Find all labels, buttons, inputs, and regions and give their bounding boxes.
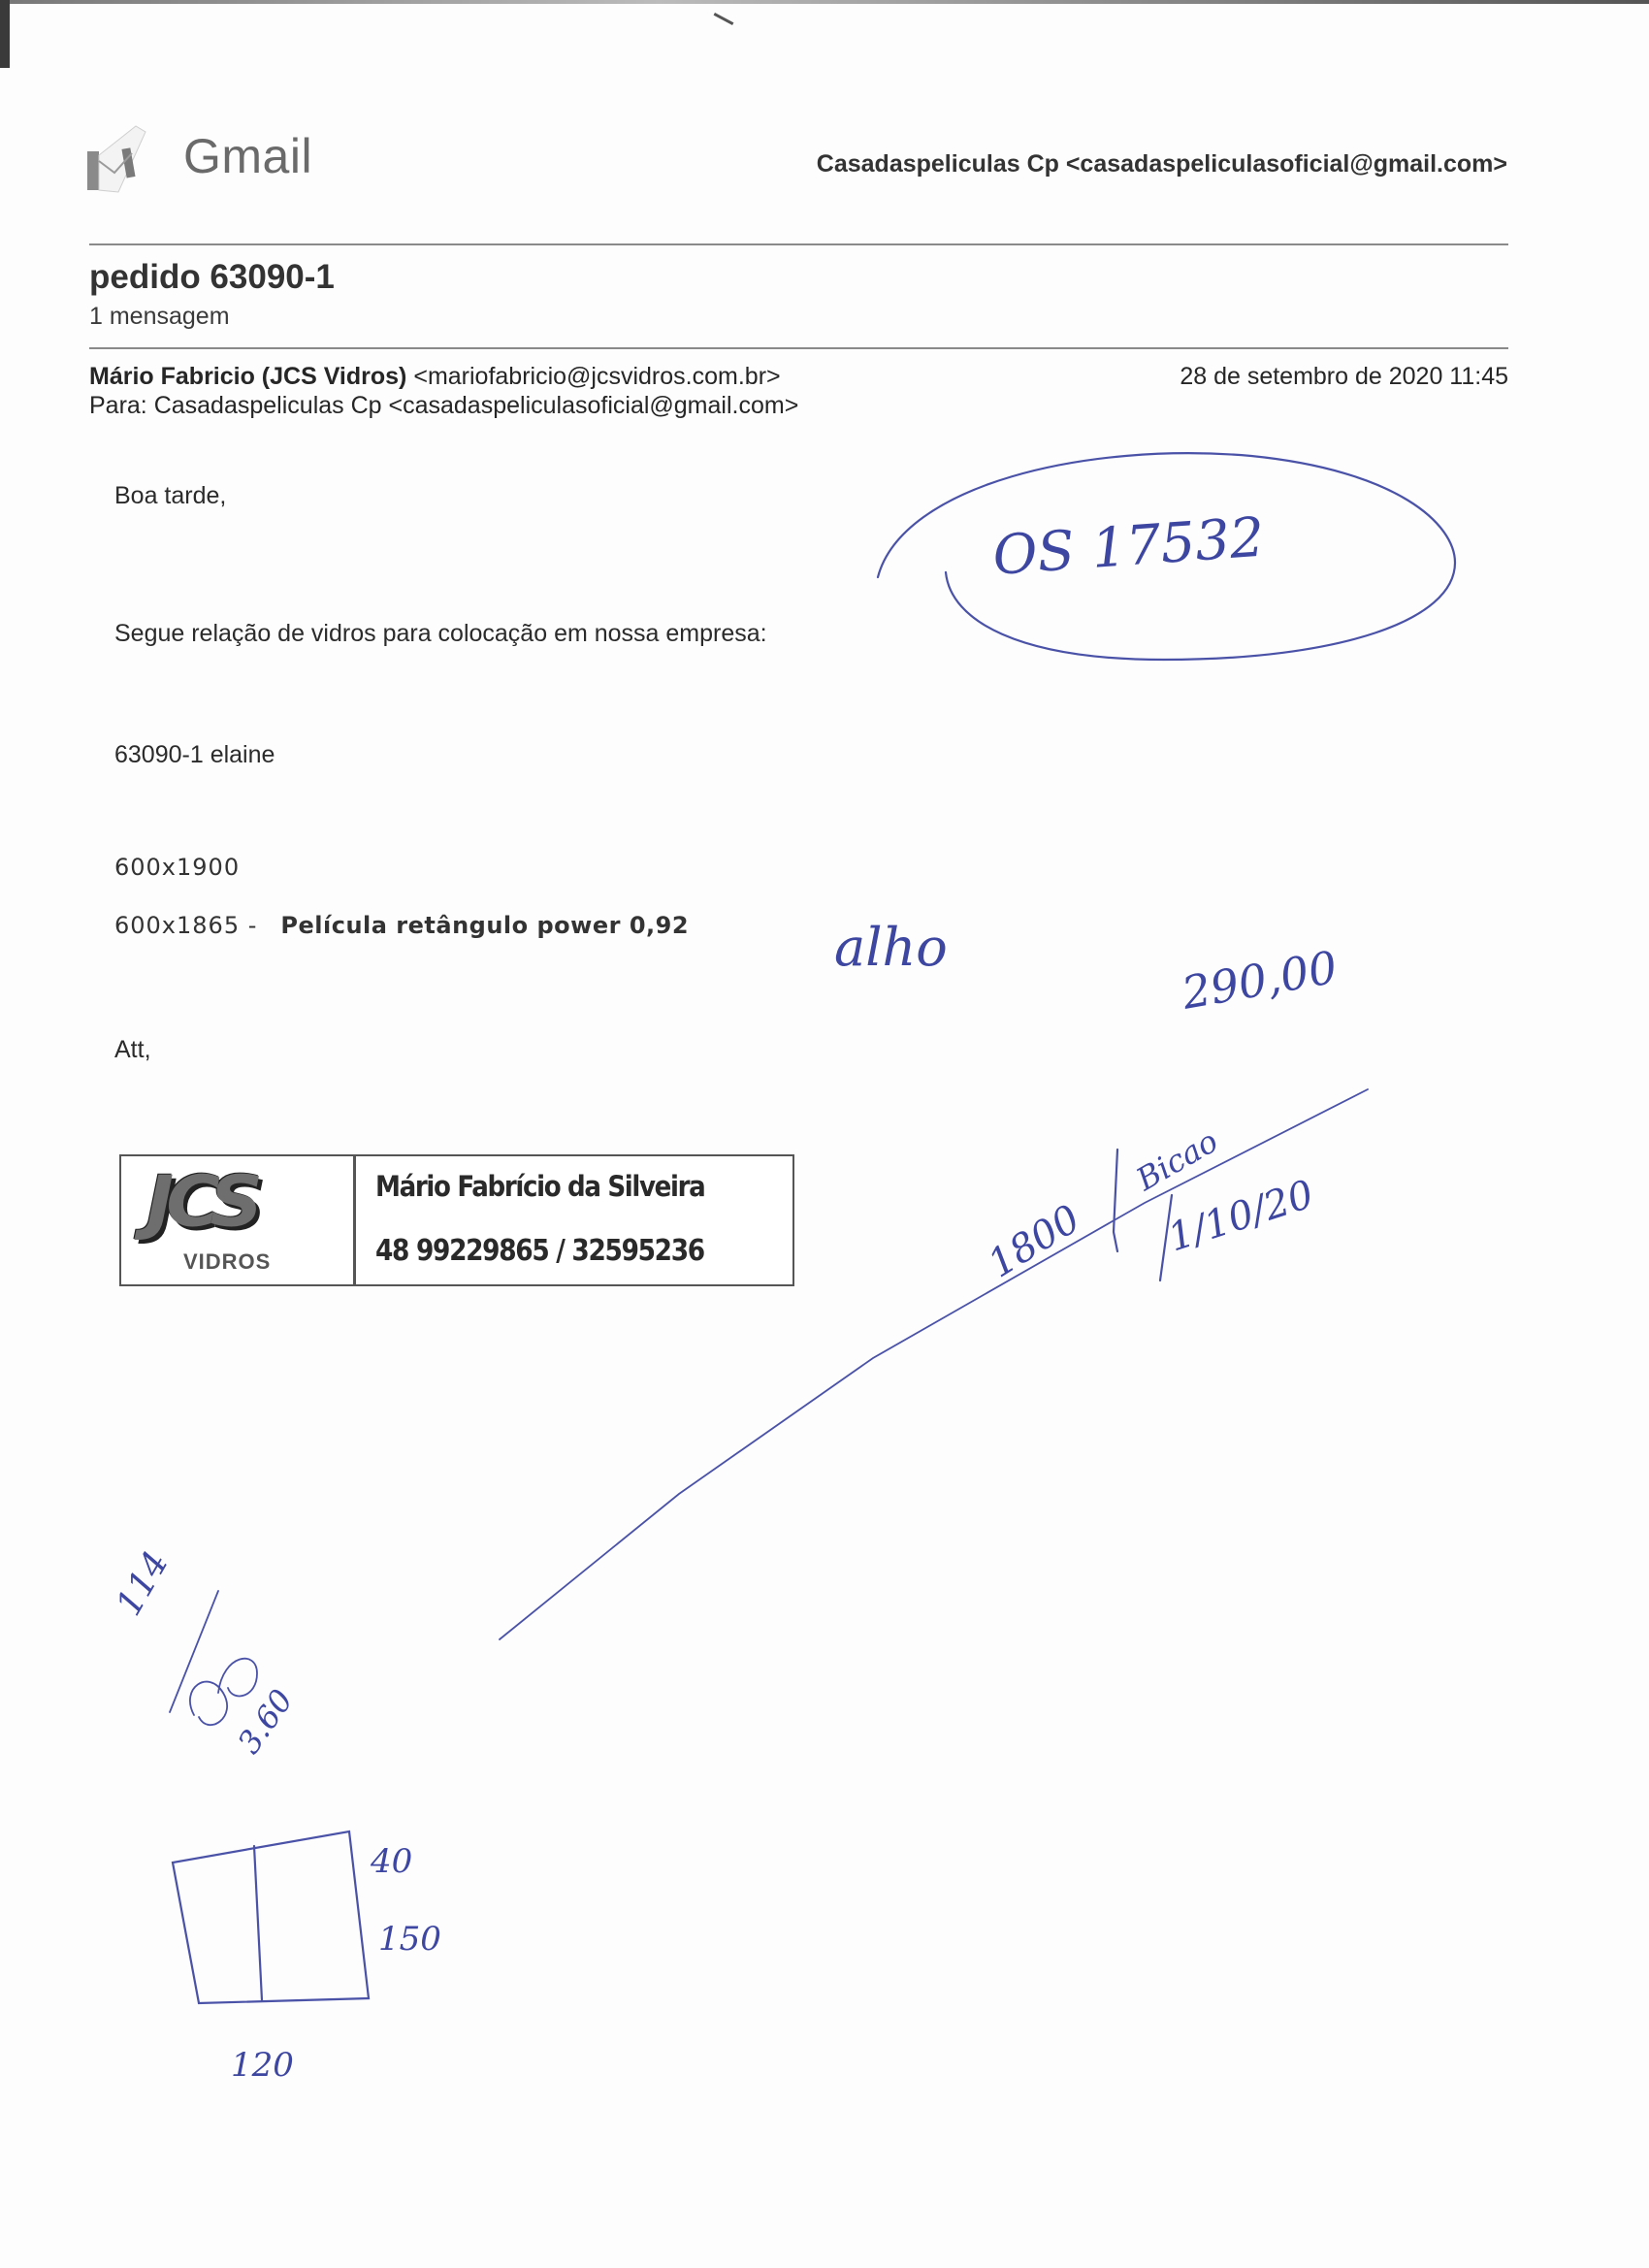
gmail-logo: Gmail [85, 114, 347, 197]
ink-sketch-rect [173, 1831, 369, 2003]
item-line-2: 600x1865 -Película retângulo power 0,92 [114, 912, 689, 939]
hw-initials: alho [834, 917, 948, 978]
message-date: 28 de setembro de 2020 11:45 [1180, 363, 1508, 391]
jcs-vidros-logo: JCS VIDROS [121, 1156, 356, 1284]
signature-name: Mário Fabrício da Silveira [375, 1170, 704, 1203]
handwritten-annotations: OS 17532 alho 290,00 1800 Bicao 1/10/20 … [0, 0, 1649, 2268]
hw-sketch-side: 150 [378, 1920, 441, 1959]
intro-text: Segue relação de vidros para colocação e… [114, 620, 767, 648]
scan-mark [714, 13, 734, 25]
account-label: Casadaspeliculas Cp <casadaspeliculasofi… [817, 150, 1507, 178]
closing: Att, [114, 1036, 151, 1064]
hw-payment-right: Bicao [1129, 1122, 1224, 1198]
header-divider [89, 243, 1508, 245]
item-size-1: 600x1900 [114, 854, 240, 881]
gmail-envelope-icon [85, 114, 178, 197]
hw-payment-left: 1800 [981, 1197, 1088, 1287]
message-count: 1 mensagem [89, 303, 230, 331]
greeting: Boa tarde, [114, 482, 226, 510]
signature-info: Mário Fabrício da Silveira 48 99229865 /… [356, 1156, 792, 1284]
item-note-2: Película retângulo power 0,92 [280, 912, 689, 939]
hw-margin-value: 3.60 [230, 1682, 300, 1760]
thread-subject: pedido 63090-1 [89, 258, 335, 297]
sender-name: Mário Fabricio (JCS Vidros) [89, 363, 406, 390]
signature-phones: 48 99229865 / 32595236 [375, 1234, 704, 1268]
hw-os-number: OS 17532 [990, 506, 1266, 588]
order-line: 63090-1 elaine [114, 741, 275, 769]
hw-sketch-bottom: 120 [231, 2046, 294, 2085]
sender-line: Mário Fabricio (JCS Vidros) <mariofabric… [89, 363, 781, 391]
hw-margin-number: 114 [109, 1544, 177, 1622]
hw-sketch-top: 40 [370, 1842, 412, 1881]
recipient-line: Para: Casadaspeliculas Cp <casadaspelicu… [89, 392, 798, 420]
hw-payment-date: 1/10/20 [1163, 1172, 1319, 1260]
scan-edge-left [0, 0, 10, 68]
item-size-2: 600x1865 - [114, 912, 257, 939]
scan-edge-top [0, 0, 1649, 4]
email-signature: JCS VIDROS Mário Fabrício da Silveira 48… [119, 1154, 794, 1286]
sender-email: <mariofabricio@jcsvidros.com.br> [413, 363, 780, 390]
gmail-wordmark: Gmail [183, 128, 312, 184]
hw-amount: 290,00 [1178, 941, 1342, 1020]
logo-text: JCS [146, 1160, 255, 1243]
ink-ellipse [878, 453, 1455, 660]
subject-divider [89, 347, 1508, 349]
logo-subtext: VIDROS [183, 1249, 271, 1275]
